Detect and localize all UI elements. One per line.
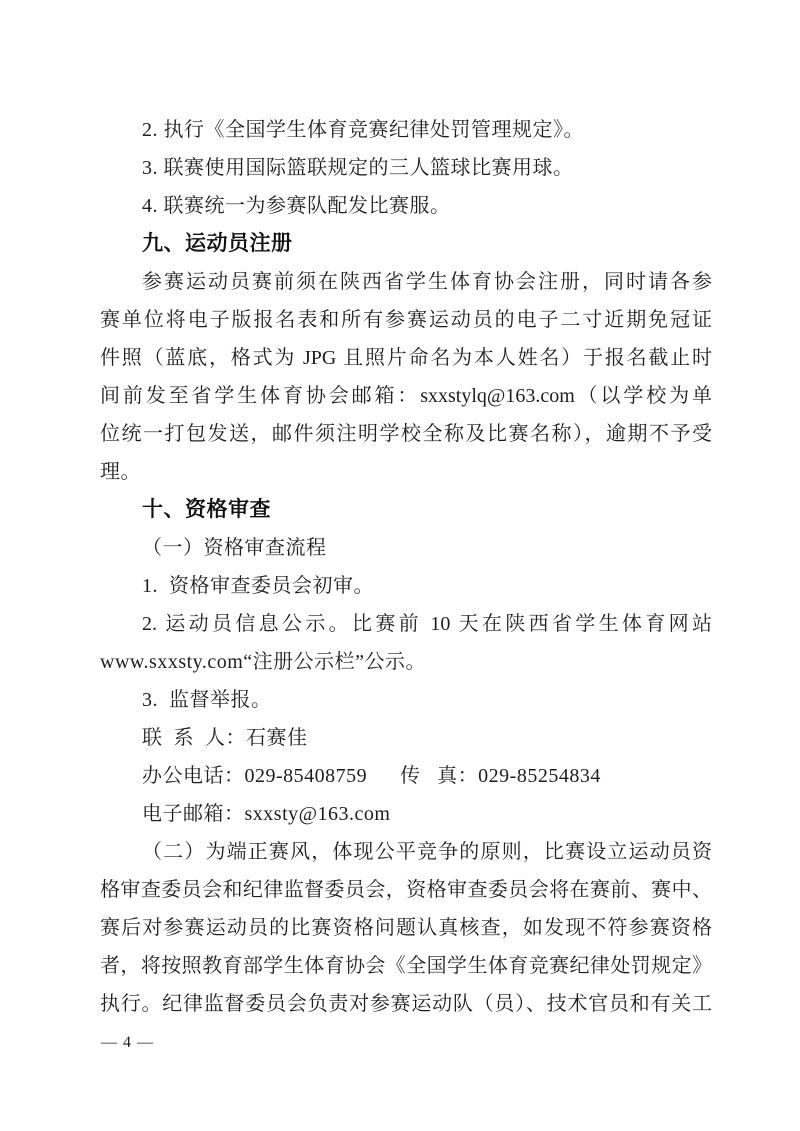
text-line: 理。	[100, 453, 712, 491]
text-line: 3. 联赛使用国际篮联规定的三人篮球比赛用球。	[100, 149, 712, 187]
text-line: 者，将按照教育部学生体育协会《全国学生体育竞赛纪律处罚规定》	[100, 947, 712, 985]
text-line: 电子邮箱：sxxsty@163.com	[100, 795, 712, 833]
text-line: 位统一打包发送，邮件须注明学校全称及比赛名称），逾期不予受	[100, 415, 712, 453]
section-heading: 九、运动员注册	[100, 225, 712, 263]
text-line: 联 系 人：石赛佳	[100, 719, 712, 757]
text-line: 2. 执行《全国学生体育竞赛纪律处罚管理规定》。	[100, 111, 712, 149]
text-line: 参赛运动员赛前须在陕西省学生体育协会注册，同时请各参	[100, 263, 712, 301]
text-line: 1. 资格审查委员会初审。	[100, 567, 712, 605]
text-line: （二）为端正赛风，体现公平竞争的原则，比赛设立运动员资	[100, 833, 712, 871]
text-line: 格审查委员会和纪律监督委员会，资格审查委员会将在赛前、赛中、	[100, 871, 712, 909]
section-heading: 十、资格审查	[100, 491, 712, 529]
text-line: 3. 监督举报。	[100, 681, 712, 719]
text-line: 间前发至省学生体育协会邮箱：sxxstylq@163.com（以学校为单	[100, 377, 712, 415]
text-line: （一）资格审查流程	[100, 529, 712, 567]
text-line: 赛单位将电子版报名表和所有参赛运动员的电子二寸近期免冠证	[100, 301, 712, 339]
text-line: 4. 联赛统一为参赛队配发比赛服。	[100, 187, 712, 225]
text-line: 办公电话：029-85408759 传 真：029-85254834	[100, 757, 712, 795]
text-line: 赛后对参赛运动员的比赛资格问题认真核查，如发现不符参赛资格	[100, 909, 712, 947]
document-body: 2. 执行《全国学生体育竞赛纪律处罚管理规定》。3. 联赛使用国际篮联规定的三人…	[100, 111, 712, 1023]
document-page: 2. 执行《全国学生体育竞赛纪律处罚管理规定》。3. 联赛使用国际篮联规定的三人…	[0, 0, 800, 1131]
page-number: — 4 —	[101, 1033, 154, 1053]
text-line: 件照（蓝底，格式为 JPG 且照片命名为本人姓名）于报名截止时	[100, 339, 712, 377]
text-line: 执行。纪律监督委员会负责对参赛运动队（员）、技术官员和有关工	[100, 985, 712, 1023]
text-line: www.sxxsty.com“注册公示栏”公示。	[100, 643, 712, 681]
text-line: 2. 运动员信息公示。比赛前 10 天在陕西省学生体育网站	[100, 605, 712, 643]
